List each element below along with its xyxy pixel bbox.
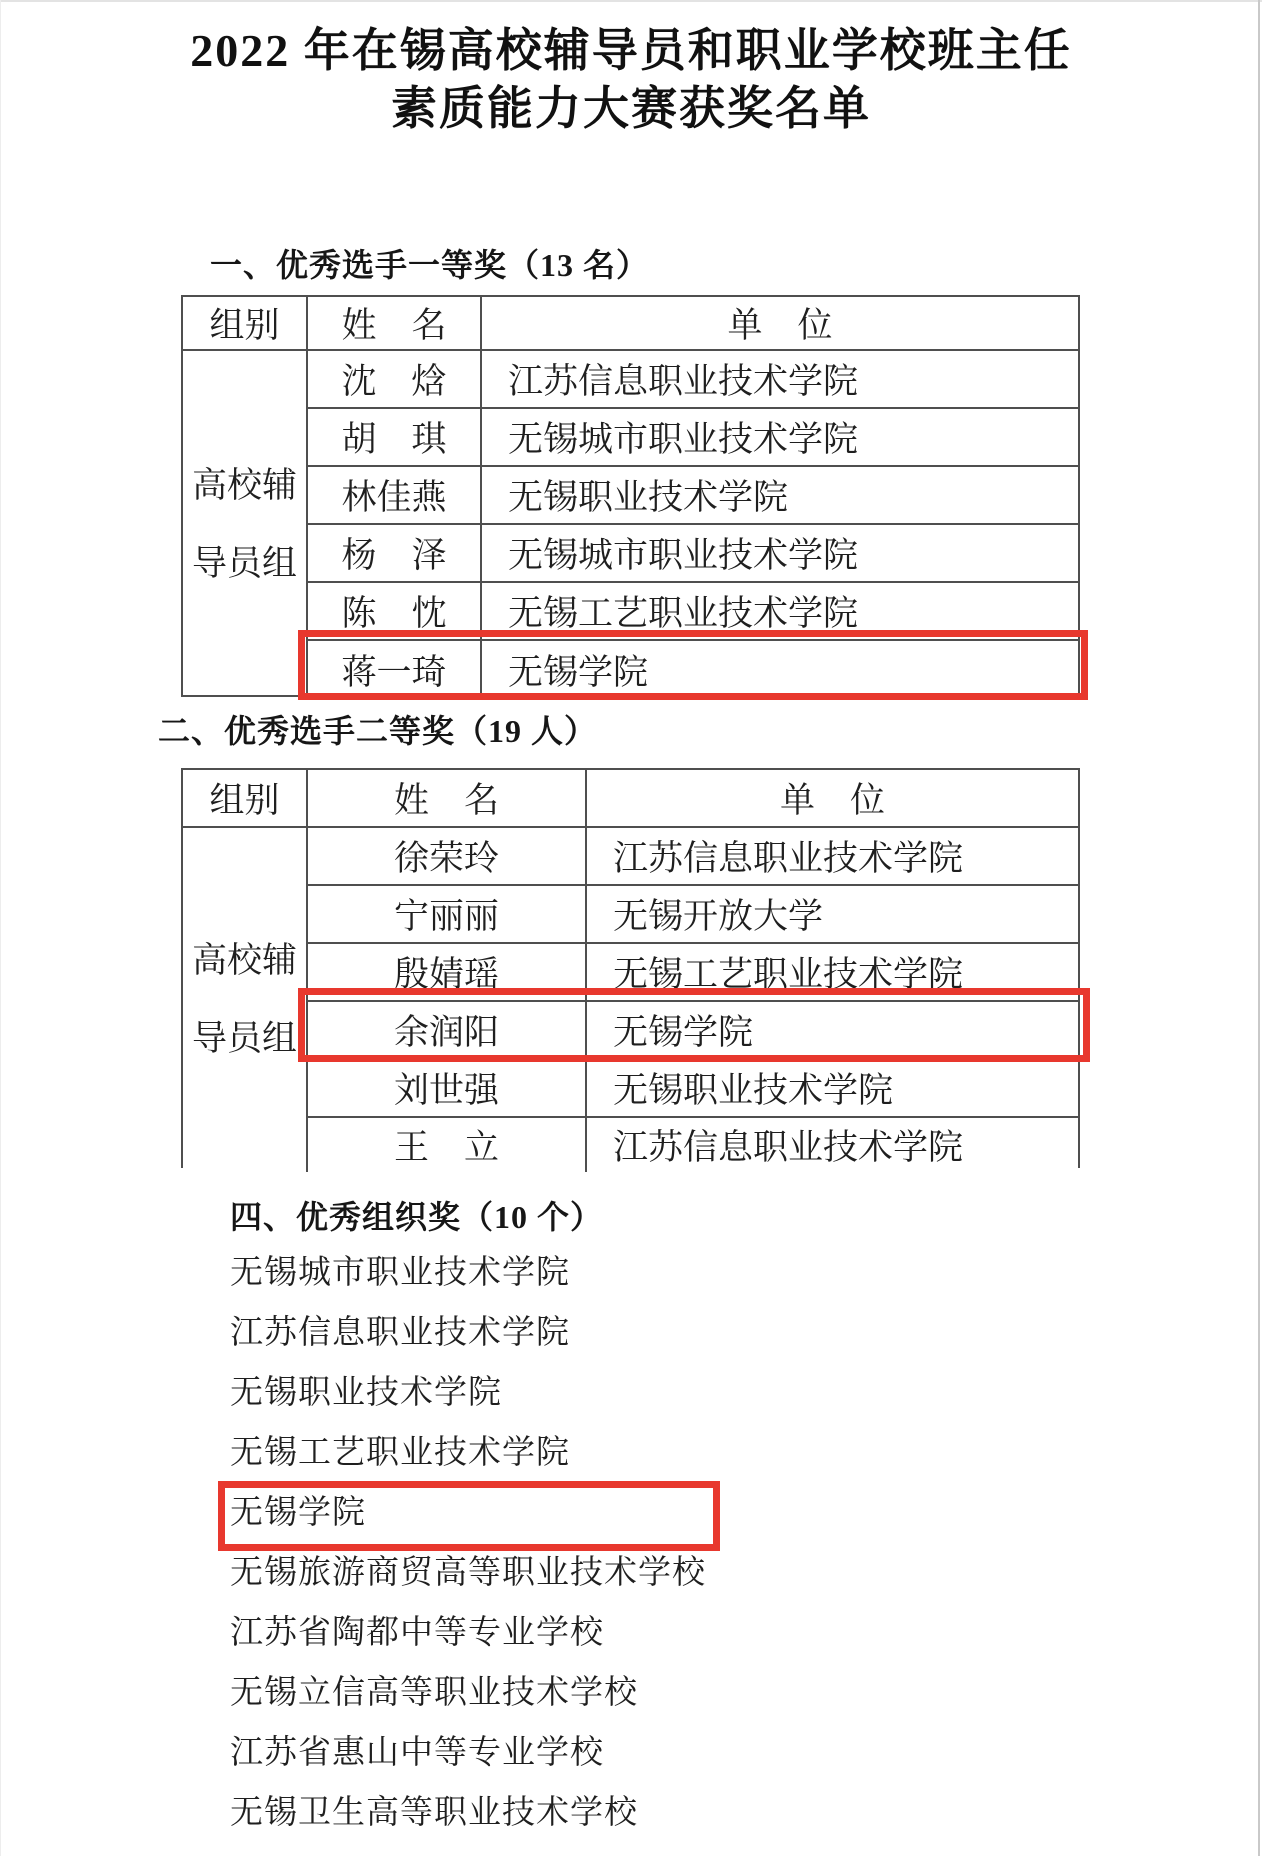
- winner-unit: 江苏信息职业技术学院: [587, 1118, 1078, 1172]
- winner-name: 胡 琪: [308, 409, 482, 465]
- page-left-edge: [0, 0, 1, 1856]
- highlight-box-first-prize-row: [298, 630, 1088, 700]
- table-row: 沈 焓 江苏信息职业技术学院: [308, 351, 1078, 409]
- organization-award-item: 无锡职业技术学院: [230, 1373, 706, 1413]
- page-right-edge: [1258, 0, 1260, 1856]
- table-row: 王 立 江苏信息职业技术学院: [308, 1118, 1078, 1172]
- section-heading-first-prize: 一、优秀选手一等奖（13 名）: [210, 240, 649, 286]
- table-row: 宁丽丽 无锡开放大学: [308, 886, 1078, 944]
- organization-award-item: 无锡旅游商贸高等职业技术学校: [230, 1553, 706, 1593]
- section-heading-organization-award: 四、优秀组织奖（10 个）: [230, 1192, 603, 1238]
- organization-award-item: 无锡工艺职业技术学院: [230, 1433, 706, 1473]
- highlight-box-organization-item: [218, 1481, 720, 1551]
- organization-award-list: 无锡城市职业技术学院 江苏信息职业技术学院 无锡职业技术学院 无锡工艺职业技术学…: [230, 1253, 706, 1853]
- table-header-row: 组别 姓 名 单 位: [183, 770, 1078, 828]
- winner-name: 宁丽丽: [308, 886, 587, 942]
- column-header-name: 姓 名: [308, 770, 587, 826]
- table-row: 林佳燕 无锡职业技术学院: [308, 467, 1078, 525]
- organization-award-item: 无锡卫生高等职业技术学校: [230, 1793, 706, 1833]
- organization-award-item: 无锡城市职业技术学院: [230, 1253, 706, 1293]
- winner-name: 刘世强: [308, 1060, 587, 1116]
- winner-name: 王 立: [308, 1118, 587, 1172]
- column-header-group: 组别: [183, 297, 308, 349]
- column-header-group: 组别: [183, 770, 308, 826]
- table-row: 徐荣玲 江苏信息职业技术学院: [308, 828, 1078, 886]
- column-header-name: 姓 名: [308, 297, 482, 349]
- document-title-line2: 素质能力大赛获奖名单: [0, 72, 1262, 138]
- group-label-cell: 高校辅导员组: [183, 351, 308, 699]
- winner-name: 杨 泽: [308, 525, 482, 581]
- winner-name: 沈 焓: [308, 351, 482, 407]
- table-row: 胡 琪 无锡城市职业技术学院: [308, 409, 1078, 467]
- winner-name: 徐荣玲: [308, 828, 587, 884]
- column-header-unit: 单 位: [482, 297, 1078, 349]
- winner-name: 林佳燕: [308, 467, 482, 523]
- winner-unit: 无锡职业技术学院: [482, 467, 1078, 523]
- organization-award-item: 无锡立信高等职业技术学校: [230, 1673, 706, 1713]
- organization-award-item: 江苏省惠山中等专业学校: [230, 1733, 706, 1773]
- winner-unit: 无锡城市职业技术学院: [482, 409, 1078, 465]
- second-prize-table: 组别 姓 名 单 位 高校辅导员组 徐荣玲 江苏信息职业技术学院 宁丽丽 无锡开…: [181, 768, 1080, 1168]
- highlight-box-second-prize-row: [298, 988, 1090, 1062]
- page-top-edge: [0, 0, 1262, 2]
- winner-unit: 无锡开放大学: [587, 886, 1078, 942]
- table-header-row: 组别 姓 名 单 位: [183, 297, 1078, 351]
- table-row: 杨 泽 无锡城市职业技术学院: [308, 525, 1078, 583]
- section-heading-second-prize: 二、优秀选手二等奖（19 人）: [158, 706, 597, 752]
- winner-unit: 无锡职业技术学院: [587, 1060, 1078, 1116]
- winner-unit: 江苏信息职业技术学院: [587, 828, 1078, 884]
- organization-award-item: 江苏信息职业技术学院: [230, 1313, 706, 1353]
- table-row: 刘世强 无锡职业技术学院: [308, 1060, 1078, 1118]
- organization-award-item: 江苏省陶都中等专业学校: [230, 1613, 706, 1653]
- winner-unit: 江苏信息职业技术学院: [482, 351, 1078, 407]
- group-label-cell: 高校辅导员组: [183, 828, 308, 1172]
- winner-unit: 无锡城市职业技术学院: [482, 525, 1078, 581]
- column-header-unit: 单 位: [587, 770, 1078, 826]
- document-title-line1: 2022 年在锡高校辅导员和职业学校班主任: [0, 14, 1262, 80]
